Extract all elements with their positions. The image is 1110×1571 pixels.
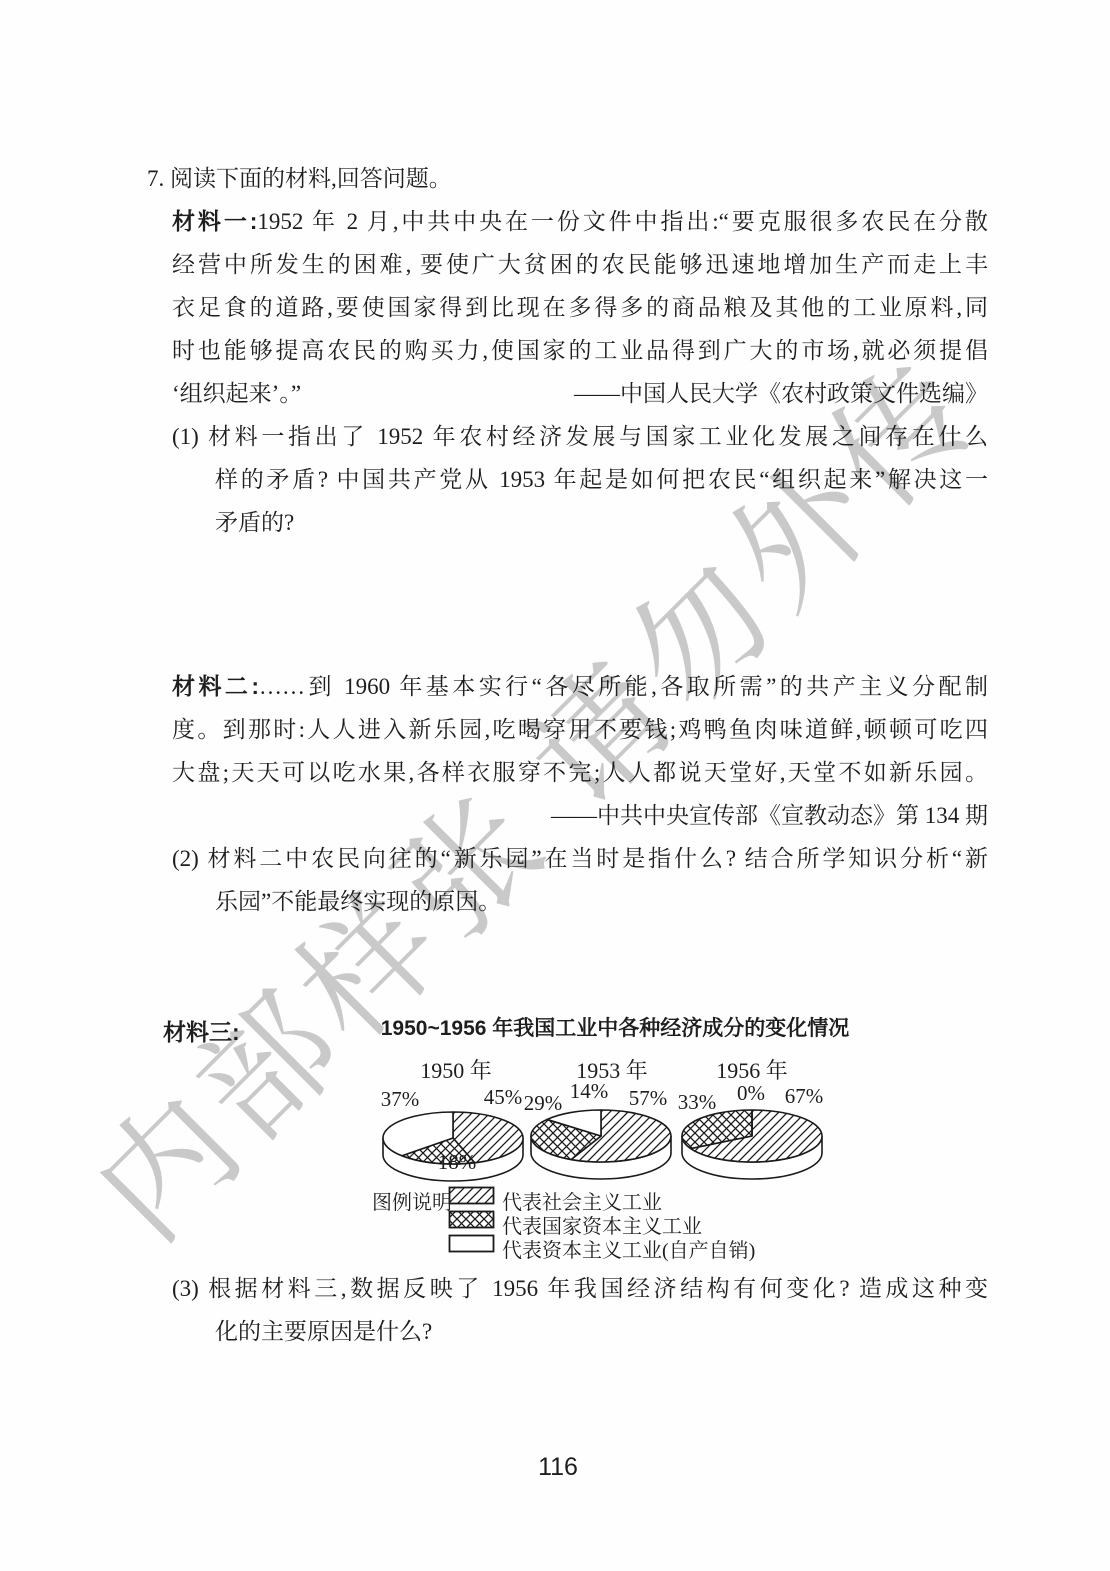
material-1-line-1: 材料一:1952 年 2 月,中共中央在一份文件中指出:“要克服很多农民在分散 xyxy=(172,206,988,237)
material-1-source: ——中国人民大学《农村政策文件选编》 xyxy=(574,378,988,409)
pie-1953-capitalist-label: 14% xyxy=(570,1079,609,1104)
legend-swatch-state-capitalist xyxy=(448,1210,496,1230)
pie-1953-socialist-label: 57% xyxy=(629,1086,668,1111)
material-2-source: ——中共中央宣传部《宣教动态》第 134 期 xyxy=(172,800,988,831)
legend-swatch-capitalist xyxy=(448,1234,496,1254)
question-3-line-2: 化的主要原因是什么? xyxy=(215,1316,432,1347)
pie-chart-1956 xyxy=(677,1106,827,1186)
pie-1956-capitalist-label: 0% xyxy=(737,1081,765,1106)
material-3-label: 材料三: xyxy=(163,1014,240,1047)
page-number: 116 xyxy=(538,1453,578,1482)
material-1-text-5: ‘组织起来’。” xyxy=(172,378,301,409)
material-1-line-4: 时也能够提高农民的购买力,使国家的工业品得到广大的市场,就必须提倡 xyxy=(172,335,988,366)
pie-chart-1950 xyxy=(378,1108,528,1188)
material-2-label: 材料二: xyxy=(172,673,259,699)
pie-chart-1953 xyxy=(526,1106,676,1186)
material-2-line-1: 材料二:……到 1960 年基本实行“各尽所能,各取所需”的共产主义分配制 xyxy=(172,671,988,702)
material-1-label: 材料一: xyxy=(172,208,257,234)
question-1-line-3: 矛盾的? xyxy=(215,507,294,538)
material-2-text-1: ……到 1960 年基本实行“各尽所能,各取所需”的共产主义分配制 xyxy=(259,674,988,699)
question-2-line-2: 乐园”不能最终实现的原因。 xyxy=(215,886,501,917)
question-1-line-2: 样的矛盾? 中国共产党从 1953 年起是如何把农民“组织起来”解决这一 xyxy=(215,464,988,495)
question-7-heading: 7. 阅读下面的材料,回答问题。 xyxy=(147,163,452,194)
legend-title: 图例说明 xyxy=(372,1186,452,1215)
pie-1950-state-capitalist-label: 18% xyxy=(438,1150,477,1175)
material-1-line-2: 经营中所发生的困难, 要使广大贫困的农民能够迅速地增加生产而走上丰 xyxy=(172,249,988,280)
chart-title: 1950~1956 年我国工业中各种经济成分的变化情况 xyxy=(381,1012,850,1042)
pie-1950-capitalist-label: 37% xyxy=(381,1087,420,1112)
workbook-page: 内部样张 请勿外传 7. 阅读下面的材料,回答问题。 材料一:1952 年 2 … xyxy=(0,0,1110,1571)
material-1-line-3: 衣足食的道路,要使国家得到比现在多得多的商品粮及其他的工业原料,同 xyxy=(172,292,988,323)
material-2-line-2: 度。到那时:人人进入新乐园,吃喝穿用不要钱;鸡鸭鱼肉味道鲜,顿顿可吃四 xyxy=(172,714,988,745)
pie-1950-year-label: 1950 年 xyxy=(420,1054,492,1085)
pie-1956-state-capitalist-label: 33% xyxy=(678,1090,717,1115)
legend-swatch-socialist xyxy=(448,1186,496,1206)
question-3-line-1: (3) 根据材料三,数据反映了 1956 年我国经济结构有何变化? 造成这种变 xyxy=(172,1273,988,1304)
material-2-line-3: 大盘;天天可以吃水果,各样衣服穿不完;人人都说天堂好,天堂不如新乐园。 xyxy=(172,757,988,788)
legend-label-capitalist: 代表资本主义工业(自产自销) xyxy=(502,1234,755,1263)
pie-1950-socialist-label: 45% xyxy=(484,1085,523,1110)
question-1-line-1: (1) 材料一指出了 1952 年农村经济发展与国家工业化发展之间存在什么 xyxy=(172,421,988,452)
question-2-line-1: (2) 材料二中农民向往的“新乐园”在当时是指什么? 结合所学知识分析“新 xyxy=(172,843,988,874)
material-1-line-5: ‘组织起来’。” ——中国人民大学《农村政策文件选编》 xyxy=(172,378,988,409)
pie-1953-state-capitalist-label: 29% xyxy=(524,1091,563,1116)
material-1-text-1: 1952 年 2 月,中共中央在一份文件中指出:“要克服很多农民在分散 xyxy=(257,209,988,234)
pie-1956-socialist-label: 67% xyxy=(785,1084,824,1109)
